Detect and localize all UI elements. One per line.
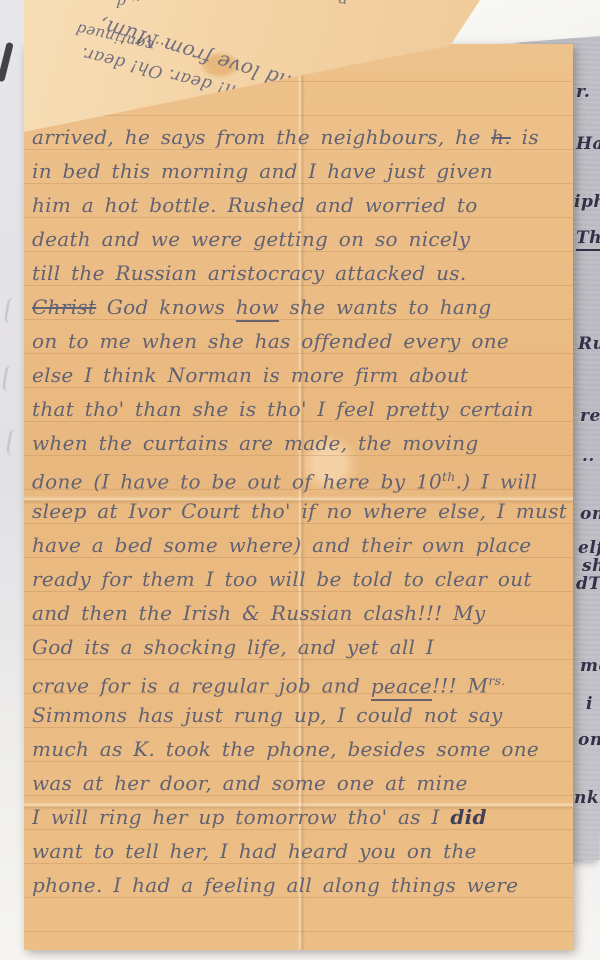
show-through-mark <box>2 365 20 393</box>
letter-text-segment: death and we were getting on so nicely <box>32 227 470 251</box>
flap-upside-down-line: …d <box>109 0 141 12</box>
letter-line: I will ring her up tomorrow tho' as I di… <box>32 800 572 834</box>
letter-text-segment: much as K. took the phone, besides some … <box>32 737 539 761</box>
letter-text-segment: else I think Norman is more firm about <box>32 363 468 387</box>
letter-text-segment: on to me when she has offended every one <box>32 329 509 353</box>
letter-line: sleep at Ivor Court tho' if no where els… <box>32 494 572 528</box>
letter-line: ready for them I too will be told to cle… <box>32 562 572 596</box>
letter-line: much as K. took the phone, besides some … <box>32 732 572 766</box>
letter-text-segment: want to tell her, I had heard you on the <box>32 839 477 863</box>
show-through-mark <box>4 297 22 325</box>
letter-text-segment: Simmons has just rung up, I could not sa… <box>32 703 503 727</box>
letter-text-segment: him a hot bottle. Rushed and worried to <box>32 193 478 217</box>
letter-text-segment: till the Russian aristocracy attacked us… <box>32 261 467 285</box>
letter-text-segment: I will ring her up tomorrow tho' as I <box>32 805 450 829</box>
letter-line: Christ God knows how she wants to hang <box>32 290 572 324</box>
letter-text-segment: did <box>450 805 486 829</box>
letter-line: God its a shocking life, and yet all I <box>32 630 572 664</box>
letter-line: that tho' than she is tho' I feel pretty… <box>32 392 572 426</box>
letter-line: till the Russian aristocracy attacked us… <box>32 256 572 290</box>
letter-text-segment: peace <box>371 674 432 701</box>
letter-text-segment: !!! M <box>432 674 488 698</box>
letter-text-segment: sleep at Ivor Court tho' if no where els… <box>32 499 567 523</box>
letter-line: and then the Irish & Russian clash!!! My <box>32 596 572 630</box>
letter-text-segment: arrived, he says from the neighbours, he <box>32 125 491 149</box>
letter-text-segment: rs. <box>488 673 505 688</box>
letter-line: was at her door, and some one at mine <box>32 766 572 800</box>
letter-line: him a hot bottle. Rushed and worried to <box>32 188 572 222</box>
letter-line: in bed this morning and I have just give… <box>32 154 572 188</box>
letter-line: want to tell her, I had heard you on the <box>32 834 572 868</box>
letter-text-segment: God its a shocking life, and yet all I <box>32 635 434 659</box>
letter-line: Simmons has just rung up, I could not sa… <box>32 698 572 732</box>
edge-mark <box>0 42 14 83</box>
letter-text-segment: have a bed some where) and their own pla… <box>32 533 531 557</box>
letter-text-segment: how <box>236 295 279 322</box>
letter-line: crave for is a regular job and peace!!! … <box>32 664 572 698</box>
letter-text-segment: crave for is a regular job and <box>32 674 371 698</box>
letter-line: phone. I had a feeling all along things … <box>32 868 572 902</box>
letter-text-segment: that tho' than she is tho' I feel pretty… <box>32 397 534 421</box>
scanned-letter-photo: r.HaiphThRure..omelfshdTmoionnkl arrived… <box>0 0 600 960</box>
letter-text-segment: .) I will <box>456 470 538 494</box>
letter-line: when the curtains are made, the moving <box>32 426 572 460</box>
letter-text-segment: and then the Irish & Russian clash!!! My <box>32 601 486 625</box>
flap-upside-down-line: …p <box>321 0 363 11</box>
letter-line: done (I have to be out of here by 10th.)… <box>32 460 572 494</box>
letter-text-segment: in bed this morning and I have just give… <box>32 159 493 183</box>
letter-text-segment: she wants to hang <box>279 295 492 319</box>
show-through-mark <box>6 429 24 457</box>
letter-text-segment: ready for them I too will be told to cle… <box>32 567 532 591</box>
letter-text-segment: when the curtains are made, the moving <box>32 431 479 455</box>
letter-line: have a bed some where) and their own pla… <box>32 528 572 562</box>
letter-line: else I think Norman is more firm about <box>32 358 572 392</box>
letter-line: death and we were getting on so nicely <box>32 222 572 256</box>
letter-page: arrived, he says from the neighbours, he… <box>24 44 573 950</box>
letter-line: on to me when she has offended every one <box>32 324 572 358</box>
letter-text-segment: is <box>511 125 539 149</box>
letter-line: arrived, he says from the neighbours, he… <box>32 120 572 154</box>
letter-text-segment: God knows <box>96 295 236 319</box>
letter-text-segment: was at her door, and some one at mine <box>32 771 468 795</box>
letter-body-text: arrived, he says from the neighbours, he… <box>32 120 572 902</box>
letter-text-segment: Christ <box>32 295 96 319</box>
letter-text-segment: h. <box>491 125 511 149</box>
letter-text-segment: phone. I had a feeling all along things … <box>32 873 518 897</box>
letter-text-segment: th <box>442 469 456 484</box>
letter-text-segment: done (I have to be out of here by 10 <box>32 470 442 494</box>
